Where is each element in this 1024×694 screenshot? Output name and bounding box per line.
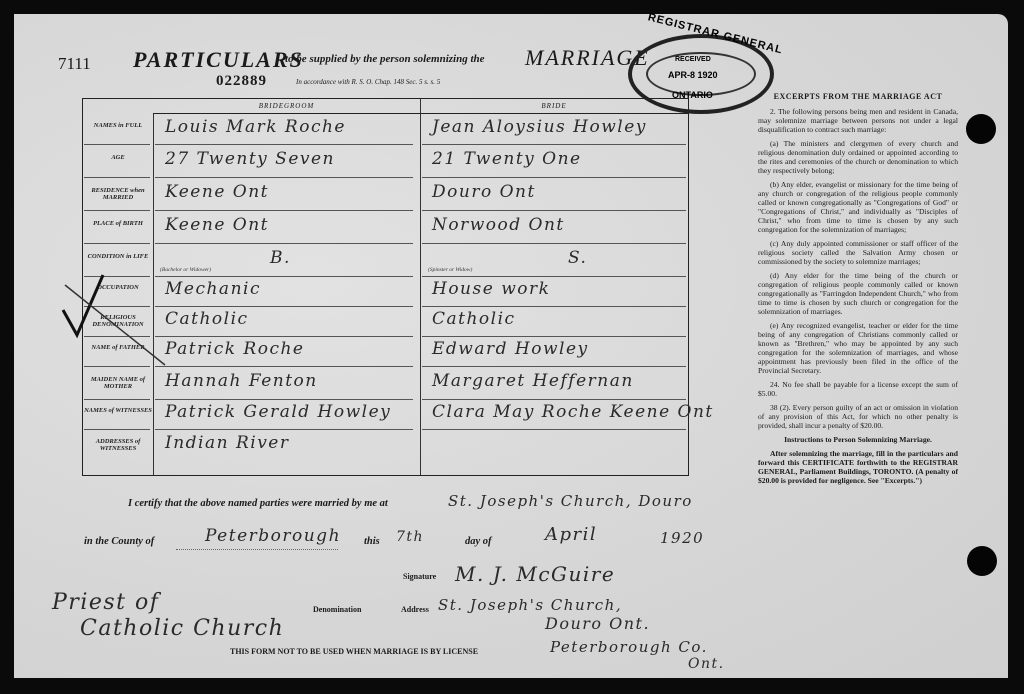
marriage-place: St. Joseph's Church, Douro — [448, 492, 693, 510]
bride-value: S. — [568, 248, 587, 268]
groom-value: Indian River — [165, 433, 290, 453]
row-divider — [155, 399, 413, 400]
excerpt-paragraph: (d) Any elder for the time being of the … — [758, 271, 958, 316]
punch-hole — [966, 114, 996, 144]
check-mark-icon — [55, 255, 175, 385]
groom-value: Mechanic — [165, 279, 261, 299]
column-bride: BRIDE — [420, 102, 688, 110]
groom-value: Patrick Gerald Howley — [165, 402, 391, 422]
denomination-line2: Catholic Church — [80, 616, 284, 641]
title-particulars: PARTICULARS — [133, 47, 304, 73]
excerpt-paragraph: (e) Any recognized evangelist, teacher o… — [758, 321, 958, 375]
form-number: 7111 — [58, 54, 91, 74]
denomination-label: Denomination — [313, 605, 361, 614]
license-notice: THIS FORM NOT TO BE USED WHEN MARRIAGE I… — [230, 647, 478, 656]
row-divider — [84, 243, 150, 244]
groom-value: Louis Mark Roche — [165, 117, 346, 137]
serial-number: 022889 — [216, 73, 267, 90]
row-divider — [84, 144, 150, 145]
row-divider — [422, 306, 686, 307]
row-label: ADDRESSES of WITNESSES — [84, 438, 152, 452]
column-bridegroom: BRIDEGROOM — [153, 102, 420, 110]
row-divider — [422, 336, 686, 337]
row-divider — [84, 210, 150, 211]
row-divider — [422, 429, 686, 430]
row-label: NAMES of WITNESSES — [84, 407, 152, 414]
excerpt-paragraph: 2. The following persons being men and r… — [758, 107, 958, 134]
excerpt-paragraph: (a) The ministers and clergymen of every… — [758, 139, 958, 175]
row-divider — [155, 144, 413, 145]
row-divider — [155, 429, 413, 430]
bride-value: Jean Aloysius Howley — [432, 117, 647, 137]
row-divider — [84, 429, 150, 430]
county-label: in the County of — [84, 536, 154, 547]
instructions-heading: Instructions to Person Solemnizing Marri… — [758, 435, 958, 444]
row-divider — [155, 366, 413, 367]
marriage-act-excerpts: EXCERPTS FROM THE MARRIAGE ACT 2. The fo… — [758, 92, 958, 490]
this-label: this — [364, 536, 380, 547]
county-value: Peterborough — [205, 526, 341, 546]
certify-text: I certify that the above named parties w… — [128, 498, 388, 509]
address-line4: Ont. — [688, 656, 725, 672]
month-value: April — [545, 524, 597, 545]
row-label: NAMES in FULL — [84, 122, 152, 129]
signature-label: Signature — [403, 572, 436, 581]
punch-hole — [967, 546, 997, 576]
day-of-label: day of — [465, 536, 492, 547]
groom-value: 27 Twenty Seven — [165, 149, 335, 169]
bride-value: Douro Ont — [432, 182, 536, 202]
row-divider — [155, 336, 413, 337]
bride-value: Norwood Ont — [432, 215, 565, 235]
year-value: 1920 — [660, 529, 704, 547]
excerpt-paragraph: (b) Any elder, evangelist or missionary … — [758, 180, 958, 234]
row-divider — [422, 243, 686, 244]
address-line2: Douro Ont. — [545, 614, 650, 633]
bride-value: Clara May Roche Keene Ont — [432, 402, 714, 422]
stamp-date: APR-8 1920 — [668, 70, 718, 80]
row-divider — [84, 177, 150, 178]
title-subtitle: to be supplied by the person solemnizing… — [285, 53, 485, 65]
address-line1: St. Joseph's Church, — [438, 596, 622, 614]
bride-value: Edward Howley — [432, 339, 589, 359]
stamp-received: RECEIVED — [675, 56, 711, 63]
row-divider — [422, 144, 686, 145]
row-divider — [422, 276, 686, 277]
row-divider — [155, 276, 413, 277]
bride-condition-hint: (Spinster or Widow) — [428, 267, 472, 273]
row-divider — [422, 366, 686, 367]
row-divider — [155, 177, 413, 178]
excerpt-paragraph: 24. No fee shall be payable for a licens… — [758, 380, 958, 398]
row-divider — [84, 399, 150, 400]
row-label: PLACE of BIRTH — [84, 220, 152, 227]
address-line3: Peterborough Co. — [550, 638, 708, 656]
bride-value: Catholic — [432, 309, 516, 329]
row-divider — [422, 210, 686, 211]
denomination-line1: Priest of — [52, 590, 159, 615]
groom-value: Hannah Fenton — [165, 371, 318, 391]
excerpt-paragraph: (c) Any duly appointed commissioner or s… — [758, 239, 958, 266]
excerpts-heading: EXCERPTS FROM THE MARRIAGE ACT — [758, 92, 958, 101]
statute-reference: In accordance with R. S. O. Chap. 148 Se… — [296, 78, 440, 86]
row-divider — [155, 243, 413, 244]
instructions-text: After solemnizing the marriage, fill in … — [758, 449, 958, 485]
row-label: AGE — [84, 154, 152, 161]
bride-value: House work — [432, 279, 550, 299]
groom-value: Keene Ont — [165, 215, 269, 235]
address-label: Address — [401, 605, 429, 614]
groom-value: B. — [270, 248, 291, 268]
groom-value: Keene Ont — [165, 182, 269, 202]
bride-value: Margaret Heffernan — [432, 371, 634, 391]
bride-value: 21 Twenty One — [432, 149, 582, 169]
groom-value: Patrick Roche — [165, 339, 305, 359]
row-divider — [422, 177, 686, 178]
row-divider — [155, 210, 413, 211]
groom-value: Catholic — [165, 309, 249, 329]
row-divider — [422, 399, 686, 400]
row-label: RESIDENCE when MARRIED — [84, 187, 152, 201]
row-divider — [155, 306, 413, 307]
day-value: 7th — [396, 529, 424, 545]
excerpt-paragraph: 38 (2). Every person guilty of an act or… — [758, 403, 958, 430]
officiant-signature: M. J. McGuire — [455, 562, 615, 586]
